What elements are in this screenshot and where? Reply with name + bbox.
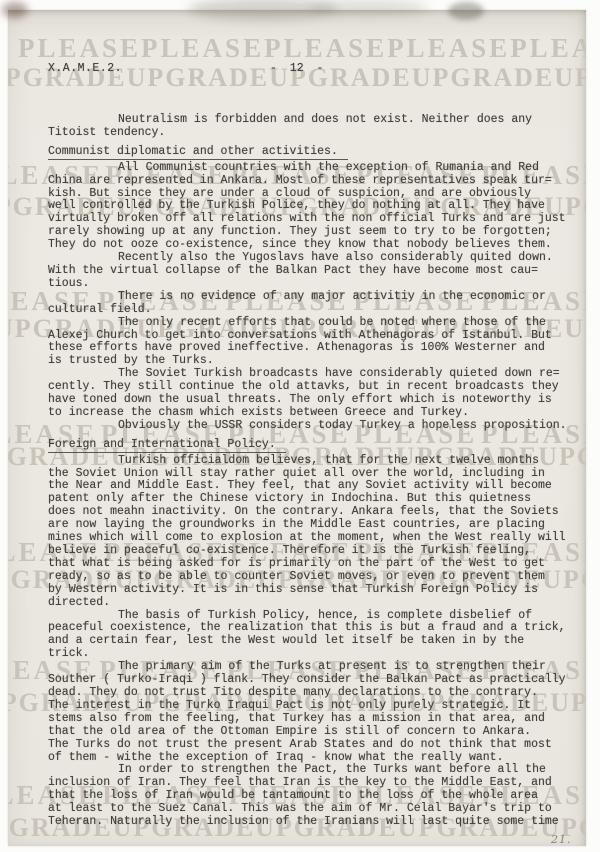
section-heading: Foreign and International Policy.	[48, 439, 588, 452]
text-line: that the old area of the Ottoman Empire …	[48, 726, 588, 739]
watermark-word: PLEASE	[387, 35, 510, 62]
text-line: Turkish officialdom believes, that for t…	[48, 455, 588, 468]
document-reference: X.A.M.E.2.	[48, 62, 122, 75]
watermark-word: PLEASE	[510, 35, 586, 62]
text-line: and a certain fear, lest the West would …	[48, 635, 588, 648]
text-line: that what is being asked for is primaril…	[48, 558, 588, 571]
text-line: tious.	[48, 278, 588, 291]
scanned-document-page: PLEASEPLEASEPLEASEPLEASEPLEASEUPGRADEUPG…	[8, 10, 586, 846]
watermark-word: PLEASE	[18, 35, 141, 62]
watermark-word: PLEASE	[141, 35, 264, 62]
watermark-row: PLEASEPLEASEPLEASEPLEASEPLEASE	[18, 35, 586, 62]
text-line: China are represented in Ankara. Most of…	[48, 175, 588, 188]
text-line: Obviously the USSR considers today Turke…	[48, 420, 588, 433]
text-line: All Communist countries with the excepti…	[48, 162, 588, 175]
text-line: have toned down the usual threats. The o…	[48, 394, 588, 407]
text-line: The interest in the Turko Iraqui Pact is…	[48, 700, 588, 713]
text-line: The Turks do not trust the present Arab …	[48, 739, 588, 752]
text-line: dead. They do not trust Tito despite man…	[48, 687, 588, 700]
watermark-word: PLEASE	[264, 35, 387, 62]
section-heading: Communist diplomatic and other activitie…	[48, 146, 588, 159]
text-line: There is no evidence of any major activi…	[48, 291, 588, 304]
scan-smudge	[448, 2, 484, 20]
watermark-word: UPGRADE	[554, 65, 586, 91]
text-line: ready, so as to be able to counter Sovie…	[48, 571, 588, 584]
text-line: The only recent efforts that could be no…	[48, 317, 588, 330]
text-line: by Western activity. It is in this sense…	[48, 584, 588, 597]
text-line: stems also from the feeling, that Turkey…	[48, 713, 588, 726]
watermark-word: UPGRADE	[412, 65, 555, 91]
document-body: Neutralism is forbidden and does not exi…	[48, 114, 588, 829]
pencil-page-note: 21.	[551, 833, 572, 846]
text-line: With the virtual collapse of the Balkan …	[48, 265, 588, 278]
text-line: Titoist tendency.	[48, 127, 588, 140]
text-line: Teheran. Naturally the inclusion of the …	[48, 816, 588, 829]
page-number: - 12 -	[270, 62, 323, 75]
text-line: to increase the chasm which exists betwe…	[48, 407, 588, 420]
text-line: directed.	[48, 597, 588, 610]
text-line: Neutralism is forbidden and does not exi…	[48, 114, 588, 127]
scan-smudge	[308, 0, 428, 16]
text-line: believe in peaceful co-existence. Theref…	[48, 545, 588, 558]
scan-smudge	[188, 0, 338, 20]
text-line: cultural field.	[48, 304, 588, 317]
watermark-word: UPGRADE	[127, 65, 270, 91]
scan-smudge	[2, 2, 28, 18]
